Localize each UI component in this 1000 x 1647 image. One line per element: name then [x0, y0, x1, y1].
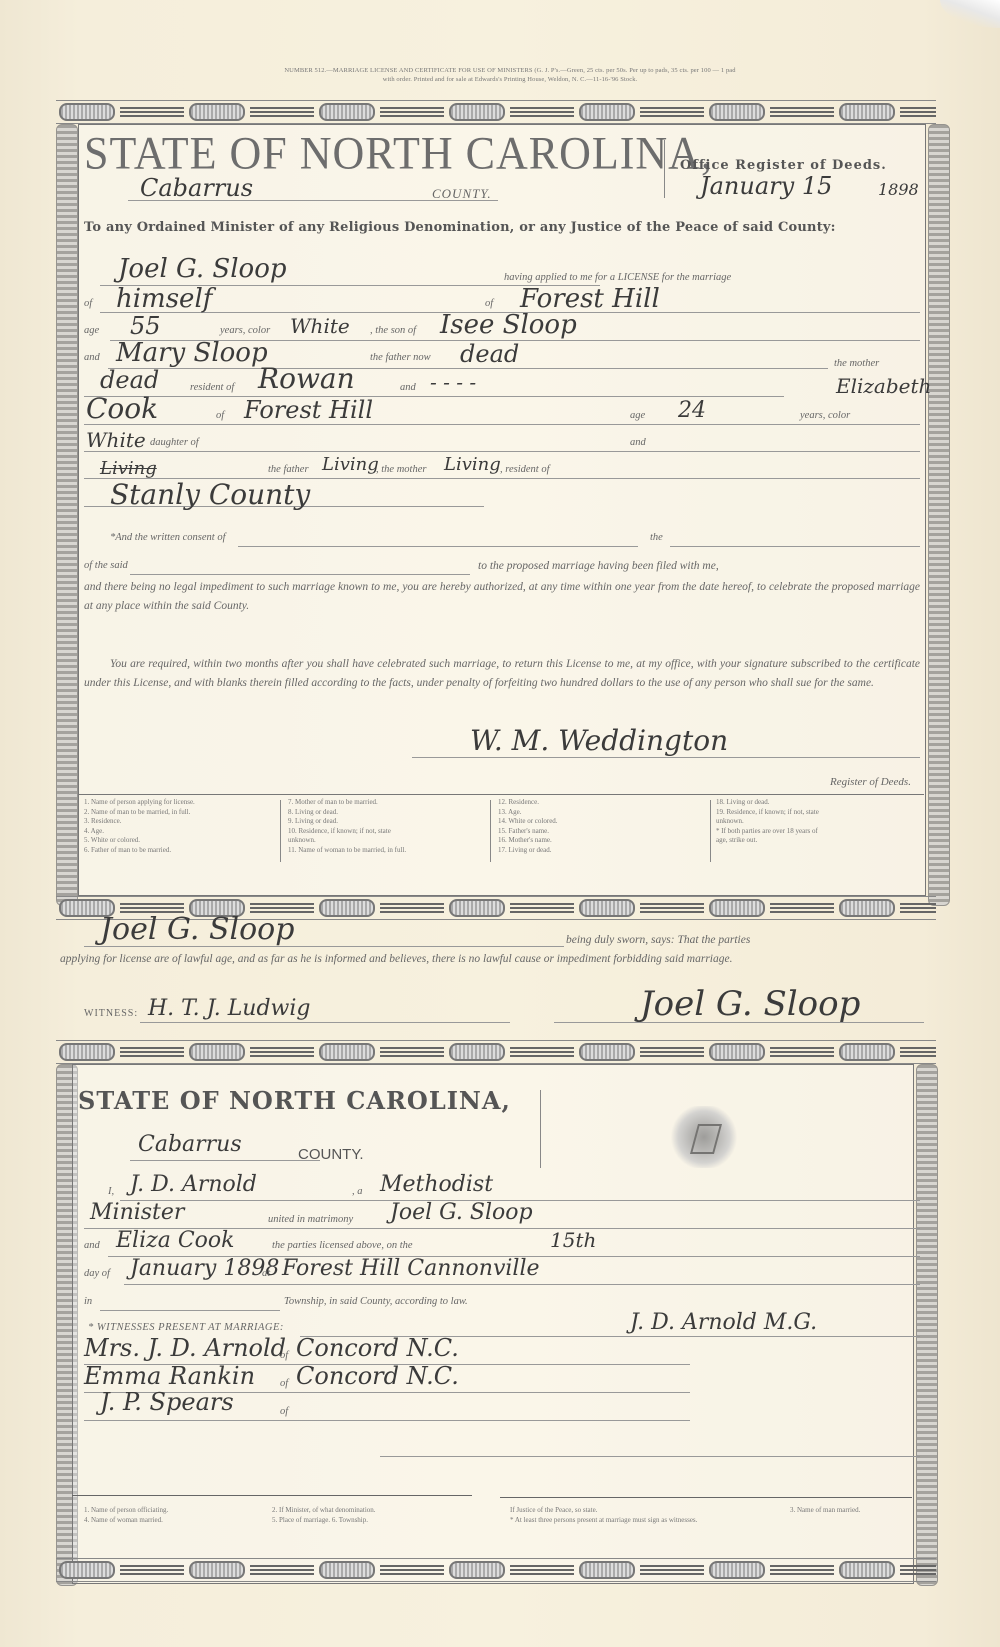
groom-father: Isee Sloop [440, 310, 577, 340]
the-mother-label: the mother [834, 358, 879, 369]
applicant-name: Joel G. Sloop [118, 254, 287, 284]
and-label: and [400, 382, 416, 393]
county-handwritten: Cabarrus [140, 174, 253, 202]
father-status: dead [460, 340, 519, 368]
denomination-continued: Minister [90, 1200, 184, 1225]
united-label: united in matrimony [268, 1214, 353, 1225]
of-label: of [485, 298, 493, 309]
field-line [84, 424, 920, 425]
document-page: NUMBER 512.—MARRIAGE LICENSE AND CERTIFI… [0, 0, 1000, 1647]
affiant-name: Joel G. Sloop [100, 912, 294, 947]
groom-mother: Mary Sloop [116, 338, 268, 368]
county-line [130, 1160, 320, 1161]
license-label: having applied to me for a LICENSE for t… [504, 272, 731, 283]
resident-of-label: , resident of [500, 464, 549, 475]
ornamental-border-left [56, 124, 78, 906]
of-label: of [280, 1378, 288, 1389]
dashes: - - - - [430, 370, 476, 394]
bride-parents-residence: Stanly County [110, 478, 310, 511]
bride-mother-status: Living [444, 454, 501, 475]
of-label: of [216, 410, 224, 421]
field-line [100, 1310, 280, 1311]
officiant-name: J. D. Arnold [130, 1172, 257, 1197]
son-of-label: , the son of [370, 325, 416, 336]
field-line [670, 546, 920, 547]
license-notes-col2: 7. Mother of man to be married.8. Living… [288, 798, 406, 855]
license-year: 1898 [878, 180, 919, 199]
office-label: Office Register of Deeds. [680, 158, 887, 173]
notes-divider [78, 794, 924, 795]
bride-color: White [86, 428, 146, 452]
header-divider [664, 140, 665, 198]
the-mother-label: , the mother [376, 464, 426, 475]
witness-2-name: Emma Rankin [84, 1362, 255, 1390]
field-line [380, 1456, 920, 1457]
license-date: January 15 [700, 172, 832, 200]
register-title: Register of Deeds. [830, 776, 911, 788]
i-label: I, [108, 1186, 114, 1197]
field-line [84, 396, 784, 397]
register-signature: W. M. Weddington [470, 724, 728, 757]
notes-separator [710, 800, 711, 862]
certificate-notes-col1: 1. Name of person officiating.4. Name of… [84, 1506, 168, 1525]
fine-print-line-2: with order. Printed and for sale at Edwa… [80, 75, 940, 84]
license-notes-col3: 12. Residence.13. Age.14. White or color… [498, 798, 558, 855]
and-label: and [84, 1240, 100, 1251]
of-the-said-label: of the said [84, 560, 128, 571]
and-label: and [630, 437, 646, 448]
witness-3-name: J. P. Spears [100, 1388, 234, 1416]
notes-separator [280, 800, 281, 862]
form-fine-print: NUMBER 512.—MARRIAGE LICENSE AND CERTIFI… [80, 66, 940, 84]
header-divider [540, 1090, 541, 1168]
county-label: COUNTY. [432, 186, 492, 202]
ornamental-border-top [56, 100, 936, 124]
daughter-of-label: daughter of [150, 437, 199, 448]
certificate-bride: Eliza Cook [116, 1228, 235, 1253]
license-notes-col4: 18. Living or dead.19. Residence, if kno… [716, 798, 819, 846]
consent-tail: to the proposed marriage having been fil… [478, 560, 719, 572]
witness-1-name: Mrs. J. D. Arnold [84, 1334, 286, 1362]
certificate-county-label: COUNTY. [298, 1146, 364, 1163]
marriage-month-year: January 1898 [130, 1256, 279, 1281]
fine-print-line-1: NUMBER 512.—MARRIAGE LICENSE AND CERTIFI… [80, 66, 940, 75]
certificate-state-title: STATE OF NORTH CAROLINA, [78, 1086, 511, 1115]
marriage-day: 15th [550, 1228, 596, 1252]
witnesses-label: * WITNESSES PRESENT AT MARRIAGE: [88, 1322, 284, 1333]
witness-signature: H. T. J. Ludwig [148, 996, 311, 1021]
bride-residence: Forest Hill [244, 396, 373, 424]
notes-divider [72, 1495, 472, 1496]
at-label: at [262, 1268, 270, 1279]
bride-first-name: Elizabeth [836, 374, 931, 398]
witness-line [140, 1022, 510, 1023]
signature-line [412, 757, 920, 758]
certificate-groom: Joel G. Sloop [390, 1200, 533, 1225]
ornamental-border-right [928, 124, 950, 906]
affiant-signature: Joel G. Sloop [640, 984, 860, 1024]
struck-word: Living [100, 458, 157, 479]
ornamental-border-right [916, 1064, 938, 1586]
denomination: Methodist [380, 1172, 493, 1197]
and-label: and [84, 352, 100, 363]
notes-divider [500, 1497, 912, 1498]
groom-age: 55 [130, 312, 161, 340]
parents-residence: Rowan [258, 362, 355, 395]
age-label: age [84, 325, 99, 336]
field-line [238, 546, 638, 547]
years-color-label: years, color [220, 325, 270, 336]
father-now-label: the father now [370, 352, 431, 363]
affidavit-body: applying for license are of lawful age, … [60, 950, 930, 969]
consent-label: *And the written consent of [110, 532, 226, 543]
groom-name: himself [116, 284, 212, 314]
of-label: of [280, 1406, 288, 1417]
field-line [290, 1392, 690, 1393]
sworn-text: being duly sworn, says: That the parties [566, 934, 750, 946]
of-label: of [84, 298, 92, 309]
field-line [108, 368, 828, 369]
township-label: Township, in said County, according to l… [284, 1296, 468, 1307]
field-line [290, 1420, 690, 1421]
address-line: To any Ordained Minister of any Religiou… [84, 220, 836, 235]
ornamental-border-bottom [56, 1558, 936, 1582]
requirement-paragraph: You are required, within two months afte… [84, 655, 920, 693]
certificate-notes-col2: 2. If Minister, of what denomination.5. … [272, 1506, 376, 1525]
field-line [84, 451, 920, 452]
page-corner-curl [940, 0, 1000, 28]
certificate-notes-col3: If Justice of the Peace, so state.* At l… [510, 1506, 697, 1525]
the-father-label: the father [268, 464, 309, 475]
years-color-label: years, color [800, 410, 850, 421]
resident-of-label: resident of [190, 382, 234, 393]
bride-age: 24 [678, 398, 706, 423]
ornamental-border-certificate-top [56, 1040, 936, 1064]
witness-label: WITNESS: [84, 1008, 138, 1019]
of-label: of [280, 1350, 288, 1361]
field-line [124, 1284, 920, 1285]
the-label: the [650, 532, 663, 543]
parties-label: the parties licensed above, on the [272, 1240, 413, 1251]
age-label: age [630, 410, 645, 421]
notes-separator [490, 800, 491, 862]
state-seal-icon [668, 1106, 740, 1168]
officiant-signature: J. D. Arnold M.G. [630, 1310, 817, 1335]
bride-father-status: Living [322, 454, 379, 475]
certificate-notes-col4: 3. Name of man married. [790, 1506, 860, 1516]
authorization-paragraph: and there being no legal impediment to s… [84, 578, 920, 616]
witness-2-place: Concord N.C. [296, 1362, 459, 1390]
day-of-label: day of [84, 1268, 110, 1279]
certificate-county: Cabarrus [138, 1132, 242, 1157]
witness-1-place: Concord N.C. [296, 1334, 459, 1362]
field-line [130, 574, 470, 575]
license-notes-col1: 1. Name of person applying for license.2… [84, 798, 195, 855]
state-title: STATE OF NORTH CAROLINA, [84, 127, 713, 181]
bride-last-name: Cook [86, 392, 158, 425]
groom-color: White [290, 314, 350, 338]
marriage-place: Forest Hill Cannonville [282, 1256, 540, 1281]
a-label: , a [352, 1186, 363, 1197]
in-label: in [84, 1296, 92, 1307]
mother-status: dead [100, 366, 159, 394]
